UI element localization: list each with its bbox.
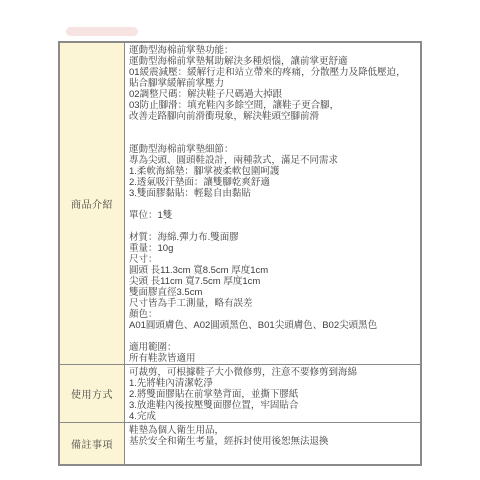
pink-smudge-mark bbox=[66, 27, 138, 36]
table-row-notes: 備註事項 鞋墊為個人衛生用品， 基於安全和衛生考量，經拆封使用後恕無法退換 bbox=[59, 423, 421, 465]
product-info-table: 商品介紹 運動型海棉前掌墊功能： 運動型海棉前掌墊幫助解決多種煩惱，讓前掌更舒適… bbox=[58, 41, 422, 466]
row-label-notes: 備註事項 bbox=[59, 423, 125, 465]
product-detail-page: 商品介紹 運動型海棉前掌墊功能： 運動型海棉前掌墊幫助解決多種煩惱，讓前掌更舒適… bbox=[0, 0, 480, 480]
row-label-usage: 使用方式 bbox=[59, 365, 125, 423]
table-row-product-intro: 商品介紹 運動型海棉前掌墊功能： 運動型海棉前掌墊幫助解決多種煩惱，讓前掌更舒適… bbox=[59, 42, 421, 365]
table-row-usage: 使用方式 可裁剪，可根據鞋子大小微修剪，注意不要修剪到海綿 1.先將鞋內清潔乾淨… bbox=[59, 365, 421, 423]
product-info-table-body: 商品介紹 運動型海棉前掌墊功能： 運動型海棉前掌墊幫助解決多種煩惱，讓前掌更舒適… bbox=[59, 42, 421, 465]
row-content-product-intro: 運動型海棉前掌墊功能： 運動型海棉前掌墊幫助解決多種煩惱，讓前掌更舒適 01緩震… bbox=[125, 42, 422, 365]
row-content-usage: 可裁剪，可根據鞋子大小微修剪，注意不要修剪到海綿 1.先將鞋內清潔乾淨 2.將雙… bbox=[125, 365, 422, 423]
row-content-notes: 鞋墊為個人衛生用品， 基於安全和衛生考量，經拆封使用後恕無法退換 bbox=[125, 423, 422, 465]
row-label-product-intro: 商品介紹 bbox=[59, 42, 125, 365]
